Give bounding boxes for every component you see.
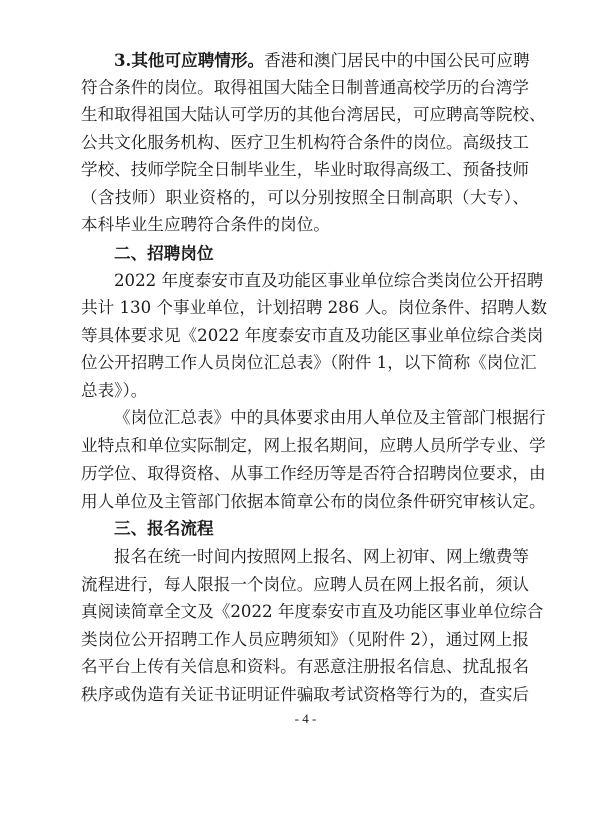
paragraph-text: 香港和澳门居民中的中国公民可应聘 [264, 51, 530, 70]
paragraph-line: 等具体要求见《2022 年度泰安市直及功能区事业单位综合类岗 [81, 325, 529, 347]
paragraph-line: 用人单位及主管部门依据本简章公布的岗位条件研究审核认定。 [81, 491, 529, 513]
paragraph-line: 本科毕业生应聘符合条件的岗位。 [81, 214, 529, 236]
paragraph-line: 历学位、取得资格、从事工作经历等是否符合招聘岗位要求，由 [81, 463, 529, 485]
paragraph-line: 名平台上传有关信息和资料。有恶意注册报名信息、扰乱报名 [81, 656, 529, 678]
paragraph-line: 总表》）。 [81, 380, 529, 402]
paragraph-line: （含技师）职业资格的，可以分别按照全日制高职（大专）、 [81, 187, 529, 209]
paragraph-line: 秩序或伪造有关证书证明证件骗取考试资格等行为的，查实后 [81, 684, 529, 706]
paragraph-line: 业特点和单位实际制定，网上报名期间，应聘人员所学专业、学 [81, 435, 529, 457]
paragraph-lead-bold: 3.其他可应聘情形。 [114, 50, 264, 70]
paragraph-line: 流程进行，每人限报一个岗位。应聘人员在网上报名前，须认 [81, 574, 529, 596]
paragraph-line: 位公开招聘工作人员岗位汇总表》（附件 1，以下简称《岗位汇 [81, 352, 529, 374]
document-page: 3.其他可应聘情形。香港和澳门居民中的中国公民可应聘 符合条件的岗位。取得祖国大… [0, 0, 611, 840]
paragraph-line: 符合条件的岗位。取得祖国大陆全日制普通高校学历的台湾学 [81, 77, 529, 99]
paragraph-line: 公共文化服务机构、医疗卫生机构符合条件的岗位。高级技工 [81, 132, 529, 154]
section-heading: 二、招聘岗位 [114, 243, 214, 265]
paragraph-line: 共计 130 个事业单位，计划招聘 286 人。岗位条件、招聘人数 [81, 297, 529, 319]
paragraph-line: 学校、技师学院全日制毕业生，毕业时取得高级工、预备技师 [81, 159, 529, 181]
page-number: - 4 - [0, 711, 611, 727]
paragraph-line: 2022 年度泰安市直及功能区事业单位综合类岗位公开招聘 [114, 270, 529, 292]
paragraph-line: 真阅读简章全文及《2022 年度泰安市直及功能区事业单位综合 [81, 601, 529, 623]
paragraph-line: 《岗位汇总表》中的具体要求由用人单位及主管部门根据行 [114, 407, 529, 429]
paragraph-line: 类岗位公开招聘工作人员应聘须知》（见附件 2），通过网上报 [81, 629, 529, 651]
paragraph-line: 3.其他可应聘情形。香港和澳门居民中的中国公民可应聘 [114, 49, 529, 71]
paragraph-line: 生和取得祖国大陆认可学历的其他台湾居民，可应聘高等院校、 [81, 104, 529, 126]
paragraph-line: 报名在统一时间内按照网上报名、网上初审、网上缴费等 [114, 546, 529, 568]
section-heading: 三、报名流程 [114, 518, 214, 540]
